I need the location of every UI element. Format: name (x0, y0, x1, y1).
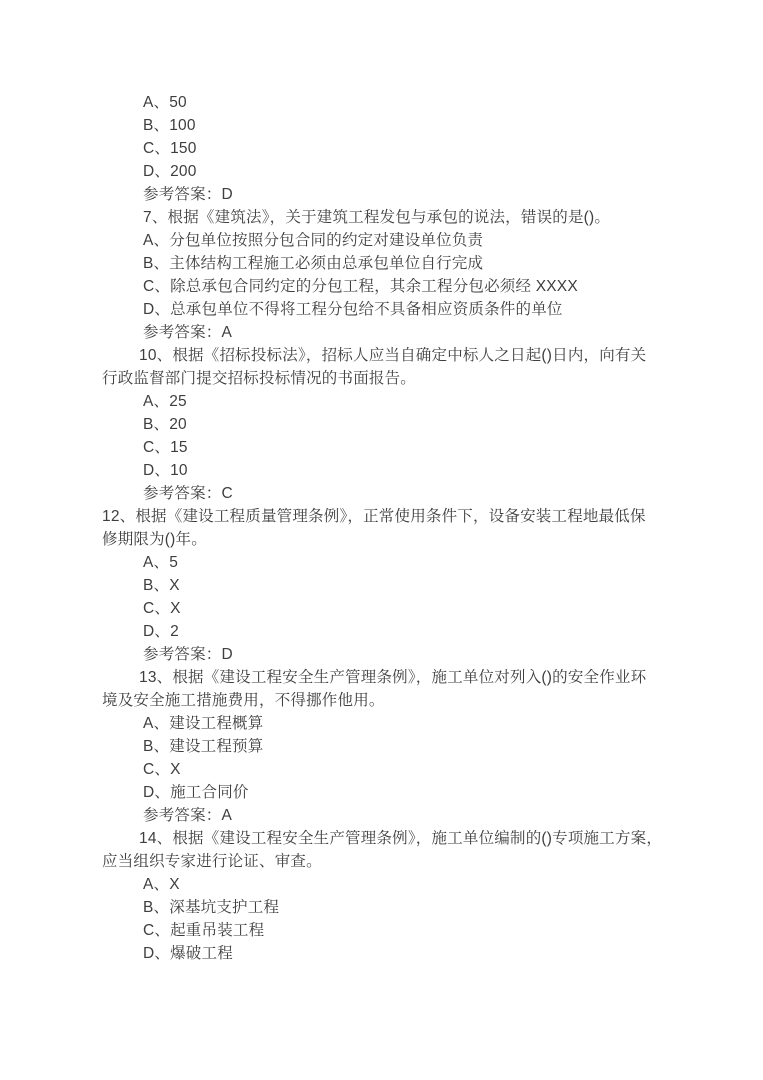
document-page: A、50B、100C、150D、200参考答案：D7、根据《建筑法》，关于建筑工… (0, 0, 763, 1080)
answer-option-line: B、X (143, 574, 663, 597)
question-stem-line: 修期限为()年。 (102, 528, 663, 551)
answer-option-line: A、建设工程概算 (143, 712, 663, 735)
question-stem-line: 应当组织专家进行论证、审查。 (102, 850, 663, 873)
answer-option-line: C、除总承包合同约定的分包工程，其余工程分包必须经 XXXX (143, 275, 663, 298)
answer-option-line: A、X (143, 873, 663, 896)
answer-option-line: C、150 (143, 137, 663, 160)
answer-option-line: B、建设工程预算 (143, 735, 663, 758)
answer-option-line: B、主体结构工程施工必须由总承包单位自行完成 (143, 252, 663, 275)
answer-option-line: C、X (143, 758, 663, 781)
question-stem-line: 境及安全施工措施费用，不得挪作他用。 (102, 689, 663, 712)
question-stem-line: 行政监督部门提交招标投标情况的书面报告。 (102, 367, 663, 390)
answer-key-line: 参考答案：D (143, 183, 663, 206)
answer-option-line: D、2 (143, 620, 663, 643)
answer-option-line: B、深基坑支护工程 (143, 896, 663, 919)
answer-option-line: A、5 (143, 551, 663, 574)
answer-key-line: 参考答案：A (143, 804, 663, 827)
answer-option-line: D、爆破工程 (143, 942, 663, 965)
question-stem-line: 10、根据《招标投标法》，招标人应当自确定中标人之日起()日内，向有关 (139, 344, 663, 367)
question-stem-line: 14、根据《建设工程安全生产管理条例》，施工单位编制的()专项施工方案， (139, 827, 663, 850)
exam-text-content: A、50B、100C、150D、200参考答案：D7、根据《建筑法》，关于建筑工… (102, 91, 663, 965)
question-stem-line: 12、根据《建设工程质量管理条例》，正常使用条件下，设备安装工程地最低保 (102, 505, 663, 528)
answer-option-line: C、X (143, 597, 663, 620)
answer-key-line: 参考答案：D (143, 643, 663, 666)
answer-key-line: 参考答案：A (143, 321, 663, 344)
answer-option-line: C、起重吊装工程 (143, 919, 663, 942)
answer-option-line: A、50 (143, 91, 663, 114)
answer-option-line: B、20 (143, 413, 663, 436)
answer-option-line: B、100 (143, 114, 663, 137)
answer-option-line: D、总承包单位不得将工程分包给不具备相应资质条件的单位 (143, 298, 663, 321)
answer-option-line: A、分包单位按照分包合同的约定对建设单位负责 (143, 229, 663, 252)
answer-option-line: A、25 (143, 390, 663, 413)
answer-option-line: C、15 (143, 436, 663, 459)
answer-key-line: 参考答案：C (143, 482, 663, 505)
answer-option-line: D、10 (143, 459, 663, 482)
answer-option-line: D、200 (143, 160, 663, 183)
question-stem-line: 7、根据《建筑法》，关于建筑工程发包与承包的说法，错误的是()。 (143, 206, 663, 229)
answer-option-line: D、施工合同价 (143, 781, 663, 804)
question-stem-line: 13、根据《建设工程安全生产管理条例》，施工单位对列入()的安全作业环 (139, 666, 663, 689)
